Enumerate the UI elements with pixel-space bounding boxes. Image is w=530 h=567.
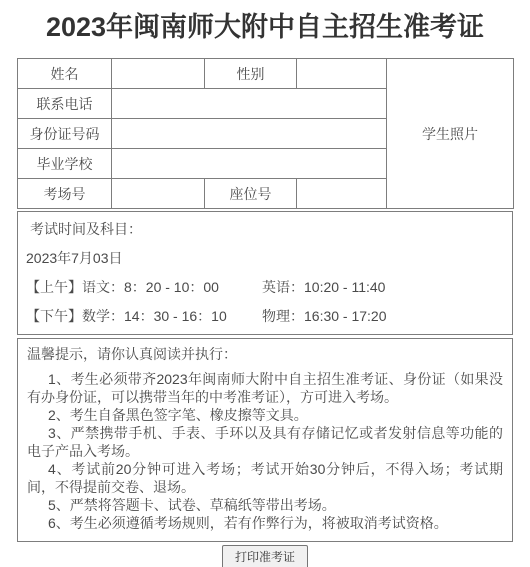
school-label: 毕业学校	[18, 149, 112, 179]
table-row-name-gender: 姓名 性别 学生照片	[18, 59, 514, 89]
morning-english-time: 英语：10:20 - 11:40	[262, 277, 385, 297]
notice-item-2: 2、考生自备黑色签字笔、橡皮擦等文具。	[27, 406, 503, 424]
print-button[interactable]: 打印准考证	[222, 545, 308, 567]
admission-ticket-page: 2023年闽南师大附中自主招生准考证 姓名 性别 学生照片 联系电话 身份证号码	[17, 0, 513, 567]
schedule-heading: 考试时间及科目：	[26, 219, 504, 239]
exam-room-label: 考场号	[18, 179, 112, 209]
notice-item-1: 1、考生必须带齐2023年闽南师大附中自主招生准考证、身份证（如果没有办身份证，…	[27, 370, 503, 406]
gender-label: 性别	[205, 59, 297, 89]
morning-chinese-time: 【上午】语文：8：20 - 10：00	[26, 277, 262, 297]
notice-item-3: 3、严禁携带手机、手表、手环以及具有存储记忆或者发射信息等功能的电子产品入考场。	[27, 424, 503, 460]
afternoon-physics-time: 物理：16:30 - 17:20	[262, 306, 387, 326]
seat-label: 座位号	[205, 179, 297, 209]
notice-heading: 温馨提示，请你认真阅读并执行：	[27, 345, 503, 364]
exam-schedule-box: 考试时间及科目： 2023年7月03日 【上午】语文：8：20 - 10：00 …	[17, 211, 513, 335]
name-value	[112, 59, 205, 89]
print-button-row: 打印准考证	[17, 545, 513, 567]
morning-schedule-row: 【上午】语文：8：20 - 10：00 英语：10:20 - 11:40	[26, 277, 504, 297]
page-title: 2023年闽南师大附中自主招生准考证	[17, 10, 513, 45]
student-photo-placeholder: 学生照片	[387, 59, 514, 209]
seat-value	[297, 179, 387, 209]
gender-value	[297, 59, 387, 89]
id-number-label: 身份证号码	[18, 119, 112, 149]
id-number-value	[112, 119, 387, 149]
exam-room-value	[112, 179, 205, 209]
name-label: 姓名	[18, 59, 112, 89]
notice-item-4: 4、考试前20分钟可进入考场；考试开始30分钟后，不得入场；考试期间，不得提前交…	[27, 460, 503, 496]
afternoon-schedule-row: 【下午】数学：14：30 - 16：10 物理：16:30 - 17:20	[26, 306, 504, 326]
notice-box: 温馨提示，请你认真阅读并执行： 1、考生必须带齐2023年闽南师大附中自主招生准…	[17, 338, 513, 542]
afternoon-math-time: 【下午】数学：14：30 - 16：10	[26, 306, 262, 326]
exam-date: 2023年7月03日	[26, 248, 504, 268]
phone-value	[112, 89, 387, 119]
notice-item-5: 5、严禁将答题卡、试卷、草稿纸等带出考场。	[27, 496, 503, 514]
school-value	[112, 149, 387, 179]
student-info-table: 姓名 性别 学生照片 联系电话 身份证号码 毕业学校 考场号 座位号	[17, 58, 514, 209]
notice-item-6: 6、考生必须遵循考场规则，若有作弊行为，将被取消考试资格。	[27, 514, 503, 532]
phone-label: 联系电话	[18, 89, 112, 119]
